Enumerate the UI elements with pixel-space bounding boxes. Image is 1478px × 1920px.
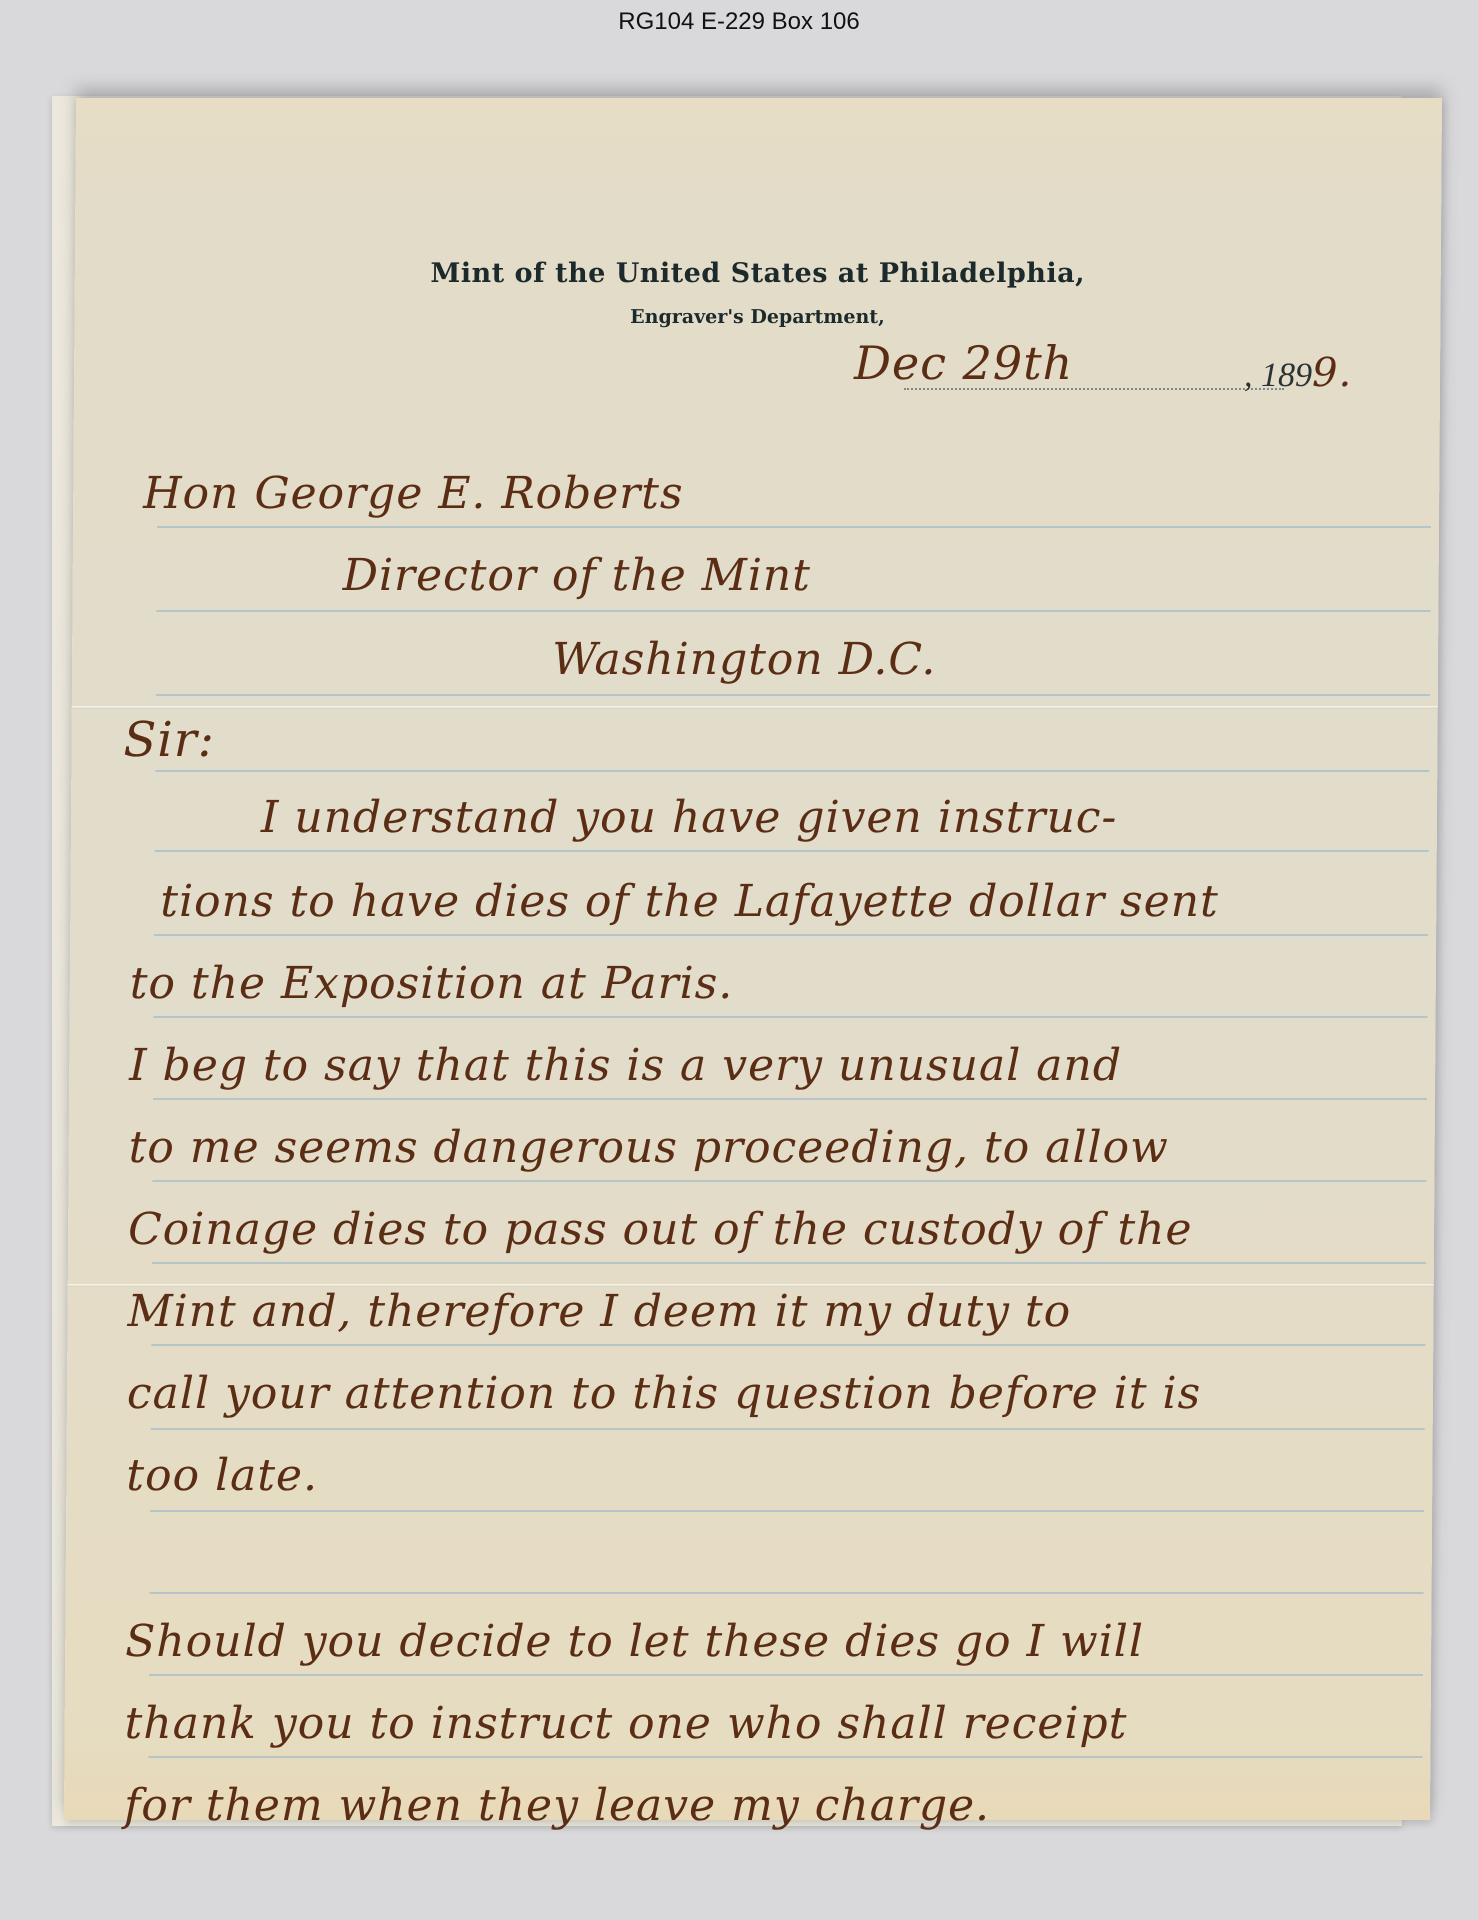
recipient-title: Director of the Mint (342, 550, 811, 601)
body-line: Should you decide to let these dies go I… (125, 1616, 1144, 1667)
body-line: I beg to say that this is a very unusual… (129, 1040, 1122, 1091)
ruled-line (154, 934, 1428, 936)
ruled-line (156, 694, 1430, 696)
ruled-line (150, 1592, 1424, 1594)
date-year: , 1899. (1244, 350, 1352, 396)
ruled-line (155, 770, 1429, 772)
body-line: too late. (126, 1450, 318, 1501)
body-line: Mint and, therefore I deem it my duty to (127, 1286, 1071, 1337)
ruled-line (155, 850, 1429, 852)
ruled-line (153, 1098, 1427, 1100)
body-line: thank you to instruct one who shall rece… (124, 1698, 1127, 1749)
recipient-city: Washington D.C. (552, 634, 937, 685)
ruled-line (151, 1344, 1425, 1346)
body-line: to me seems dangerous proceeding, to all… (129, 1122, 1169, 1173)
body-line: tions to have dies of the Lafayette doll… (160, 876, 1219, 927)
body-line: to the Exposition at Paris. (130, 958, 734, 1009)
date-year-printed: , 189 (1244, 357, 1312, 394)
ruled-line (151, 1428, 1425, 1430)
ruled-line (152, 1262, 1426, 1264)
ruled-line (150, 1510, 1424, 1512)
recipient-name: Hon George E. Roberts (143, 468, 684, 519)
body-line: I understand you have given instruc- (261, 792, 1118, 843)
ruled-line (152, 1180, 1426, 1182)
date-year-handwritten: 9. (1312, 350, 1352, 396)
date-handwritten: Dec 29th (854, 336, 1074, 390)
body-line: Coinage dies to pass out of the custody … (128, 1204, 1193, 1255)
date-dotted-line (904, 388, 1284, 390)
ruled-line (149, 1674, 1423, 1676)
letter-sheet: Mint of the United States at Philadelphi… (64, 98, 1442, 1820)
ruled-line (148, 1756, 1422, 1758)
salutation: Sir: (123, 712, 215, 768)
letterhead-department: Engraver's Department, (74, 306, 1440, 328)
ruled-line (156, 610, 1430, 612)
letterhead-title: Mint of the United States at Philadelphi… (75, 258, 1441, 289)
fold-crease-upper (72, 706, 1438, 709)
body-line: for them when they leave my charge. (124, 1780, 990, 1831)
ruled-line (154, 1016, 1428, 1018)
ruled-line (157, 526, 1431, 528)
archive-caption: RG104 E-229 Box 106 (0, 8, 1478, 36)
body-line: call your attention to this question bef… (127, 1368, 1202, 1419)
